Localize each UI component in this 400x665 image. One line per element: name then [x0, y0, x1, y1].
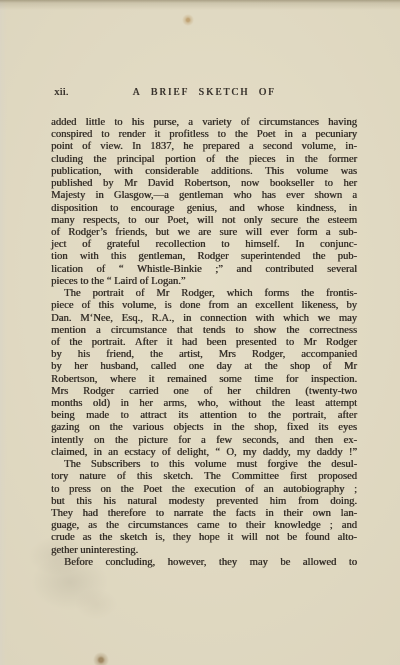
text-line: jectofgratefulrecollectiontohimself.Inco…: [51, 239, 357, 251]
text-line: Beforeconcluding,however,theymaybeallowe…: [51, 557, 357, 569]
text-line: butthishisnaturalmodestypreventedhimfrom…: [51, 496, 357, 508]
text-line: Dan.M‘Nee,Esq.,R.A.,inconnectionwithwhic…: [51, 313, 357, 325]
folio-number: xii.: [54, 86, 68, 99]
text-line: topressonthePoettheexecutionofanautobiog…: [51, 484, 357, 496]
text-line: publishedbyMrDavidRobertson,nowbookselle…: [51, 178, 357, 190]
book-page-scan: xii. A BRIEF SKETCH OF addedlittletohisp…: [0, 0, 400, 665]
text-line: monthsold)inherarms,who,withouttheleasta…: [51, 398, 357, 410]
text-line: guage,asthecircumstancescametotheirknowl…: [51, 520, 357, 532]
text-line: MajestyinGlasgow,—agentlemanwhohaseversh…: [51, 190, 357, 202]
text-line: claimed,inanecstacyofdelight,“O,mydaddy,…: [51, 447, 357, 459]
text-line: Robertson,whereitremainedsometimeforinsp…: [51, 374, 357, 386]
text-line: gether uninteresting.: [51, 545, 357, 557]
text-line: ofRodger’sfriends,butwearesurewilleverfo…: [51, 227, 357, 239]
text-line: gazingonthevariousobjectsintheshop,fixed…: [51, 422, 357, 434]
text-line: intentlyonthepictureforafewseconds,andth…: [51, 435, 357, 447]
text-line: cludingtheprincipalportionofthepiecesint…: [51, 154, 357, 166]
text-line: pieces to the “ Laird of Logan.”: [51, 276, 357, 288]
text-line: licationof“Whistle-Binkie;”andcontribute…: [51, 264, 357, 276]
text-line: tionwiththisgentleman,Rodgersuperintende…: [51, 251, 357, 263]
text-line: pieceofthisvolume,isdonefromanexcellentl…: [51, 300, 357, 312]
text-line: oftheportrait.AfterithadbeenpresentedtoM…: [51, 337, 357, 349]
text-line: byhisfriend,theartist,MrsRodger,accompan…: [51, 349, 357, 361]
running-title: A BRIEF SKETCH OF: [51, 86, 357, 99]
text-line: publication,withconsiderableadditions.Th…: [51, 166, 357, 178]
text-line: pointofview.In1837,hepreparedasecondvolu…: [51, 141, 357, 153]
page-header: xii. A BRIEF SKETCH OF: [51, 86, 357, 99]
text-line: torynatureofthissketch.TheCommitteefirst…: [51, 471, 357, 483]
text-line: conspiredtorenderitprofitlesstothePoetin…: [51, 129, 357, 141]
text-line: mentionacircumstancethattendstoshowtheco…: [51, 325, 357, 337]
text-line: addedlittletohispurse,avarietyofcircumst…: [51, 117, 357, 129]
text-line: MrsRodgercarriedoneofherchildren(twenty-…: [51, 386, 357, 398]
text-line: beingmadetoattractitsattentiontotheportr…: [51, 410, 357, 422]
text-line: crudeasthesketchis,theyhopeitwillnotbefo…: [51, 532, 357, 544]
text-line: TheSubscriberstothisvolumemustforgivethe…: [51, 459, 357, 471]
text-line: dispositiontoencouragegenius,andwhosekin…: [51, 203, 357, 215]
text-line: byherhusband,calledonedayattheshopofMr: [51, 361, 357, 373]
text-block: addedlittletohispurse,avarietyofcircumst…: [51, 117, 357, 569]
text-line: TheportraitofMrRodger,whichformsthefront…: [51, 288, 357, 300]
text-line: Theyhadthereforetonarratethefactsintheir…: [51, 508, 357, 520]
text-line: manyrespects,toourPoet,willnotonlysecure…: [51, 215, 357, 227]
